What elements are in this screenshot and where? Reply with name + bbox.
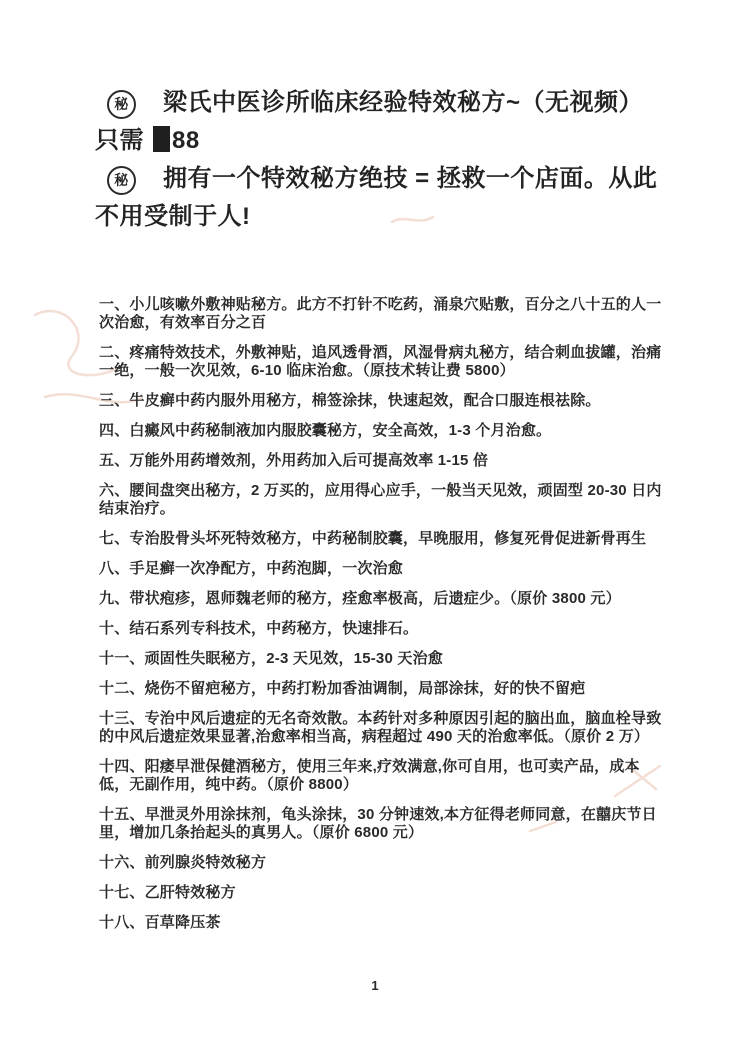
remedy-item-2: 二、疼痛特效技术，外敷神贴，追风透骨酒，风湿骨病丸秘方，结合刺血拔罐，治痛一绝，… <box>99 344 664 380</box>
secret-circle-icon: 秘 <box>107 90 136 119</box>
remedy-item-18: 十八、百草降压茶 <box>99 914 664 932</box>
remedy-item-15: 十五、早泄灵外用涂抹剂，龟头涂抹，30 分钟速效,本方征得老师同意，在囍庆节日里… <box>99 806 664 842</box>
headline-2: 秘拥有一个特效秘方绝技 = 拯救一个店面。从此不用受制于人! <box>95 160 665 236</box>
remedy-list: 一、小儿咳嗽外敷神贴秘方。此方不打针不吃药，涌泉穴贴敷，百分之八十五的人一次治愈… <box>99 296 664 944</box>
headline-1: 秘梁氏中医诊所临床经验特效秘方~（无视频）只需88 <box>95 84 665 160</box>
remedy-item-13: 十三、专治中风后遗症的无名奇效散。本药针对多种原因引起的脑出血，脑血栓导致的中风… <box>99 710 664 746</box>
header: 秘梁氏中医诊所临床经验特效秘方~（无视频）只需88 秘拥有一个特效秘方绝技 = … <box>95 84 665 236</box>
footer: 1 <box>0 977 750 995</box>
remedy-item-6: 六、腰间盘突出秘方，2 万买的，应用得心应手，一般当天见效，顽固型 20-30 … <box>99 482 664 518</box>
remedy-item-4: 四、白癜风中药秘制液加内服胶囊秘方，安全高效，1-3 个月治愈。 <box>99 422 664 440</box>
remedy-item-12: 十二、烧伤不留疤秘方，中药打粉加香油调制，局部涂抹，好的快不留疤 <box>99 680 664 698</box>
remedy-item-1: 一、小儿咳嗽外敷神贴秘方。此方不打针不吃药，涌泉穴贴敷，百分之八十五的人一次治愈… <box>99 296 664 332</box>
remedy-item-16: 十六、前列腺炎特效秘方 <box>99 854 664 872</box>
headline-2-text: 拥有一个特效秘方绝技 = 拯救一个店面。从此不用受制于人! <box>95 165 657 230</box>
censor-bar <box>153 126 170 152</box>
remedy-item-8: 八、手足癣一次净配方，中药泡脚，一次治愈 <box>99 560 664 578</box>
remedy-item-3: 三、牛皮癣中药内服外用秘方，棉签涂抹，快速起效，配合口服连根祛除。 <box>99 392 664 410</box>
remedy-item-17: 十七、乙肝特效秘方 <box>99 884 664 902</box>
remedy-item-9: 九、带状疱疹，恩师魏老师的秘方，痊愈率极高，后遗症少。（原价 3800 元） <box>99 590 664 608</box>
remedy-item-10: 十、结石系列专科技术，中药秘方，快速排石。 <box>99 620 664 638</box>
remedy-item-5: 五、万能外用药增效剂，外用药加入后可提高效率 1-15 倍 <box>99 452 664 470</box>
secret-circle-icon: 秘 <box>107 166 136 195</box>
remedy-item-7: 七、专治股骨头坏死特效秘方，中药秘制胶囊，早晚服用，修复死骨促进新骨再生 <box>99 530 664 548</box>
remedy-item-11: 十一、顽固性失眠秘方，2-3 天见效，15-30 天治愈 <box>99 650 664 668</box>
page-number: 1 <box>371 978 378 993</box>
document-page: 秘梁氏中医诊所临床经验特效秘方~（无视频）只需88 秘拥有一个特效秘方绝技 = … <box>0 0 750 1060</box>
remedy-item-14: 十四、阳痿早泄保健酒秘方，使用三年来,疗效满意,你可自用，也可卖产品，成本低，无… <box>99 758 664 794</box>
headline-1-number: 88 <box>172 127 200 154</box>
